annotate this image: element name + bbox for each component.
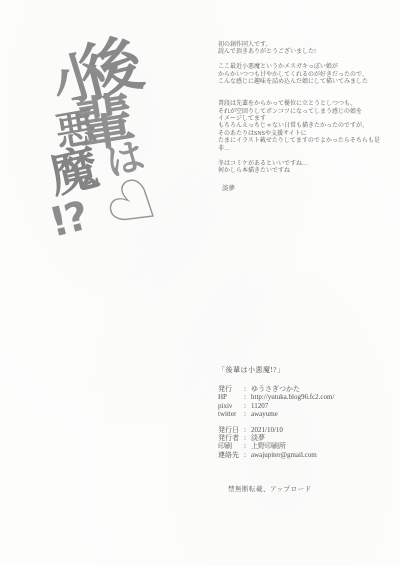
afterword-text: 初の創作同人です、 読んで頂きありがとうございました! ここ最近小悪魔というかメ… <box>218 42 390 175</box>
colophon-separator: : <box>244 402 251 410</box>
colophon-separator: : <box>244 385 251 393</box>
colophon-row-publish-date: 発行日 : 2021/10/10 <box>218 426 388 434</box>
colophon-separator: : <box>244 451 251 459</box>
printer-name: 上野印刷所 <box>251 442 286 450</box>
author-signature: 淡夢 <box>222 183 235 192</box>
colophon-label: 連絡先 <box>218 451 244 459</box>
colophon-row-homepage: HP : http://yutuka.blog96.fc2.com/ <box>218 393 388 401</box>
pixiv-id: 11207 <box>251 402 268 410</box>
colophon-value: ゆうさぎつかた <box>251 385 300 393</box>
colophon-row-contact: 連絡先 : awajupiter@gmail.com <box>218 451 388 459</box>
colophon-label: pixiv <box>218 402 244 410</box>
colophon-separator: : <box>244 393 251 401</box>
twitter-handle: awayume <box>251 410 278 418</box>
colophon-row-publisher-person: 発行者 : 淡夢 <box>218 434 388 442</box>
colophon-row-pixiv: pixiv : 11207 <box>218 402 388 410</box>
contact-email: awajupiter@gmail.com <box>251 451 317 459</box>
colophon-label: twitter <box>218 410 244 418</box>
colophon-label: HP <box>218 393 244 401</box>
colophon-label: 印刷 <box>218 442 244 450</box>
colophon-label: 発行 <box>218 385 244 393</box>
no-reproduction-notice: 禁無断転載、アップロード <box>228 484 312 493</box>
colophon-separator: : <box>244 410 251 418</box>
colophon-separator: : <box>244 434 251 442</box>
colophon-separator: : <box>244 426 251 434</box>
homepage-url: http://yutuka.blog96.fc2.com/ <box>251 393 334 401</box>
title-char-ma: 魔 <box>45 143 103 201</box>
title-interrobang: !? <box>46 196 90 243</box>
colophon-row-twitter: twitter : awayume <box>218 410 388 418</box>
colophon: 「後輩は小悪魔!?」 発行 : ゆうさぎつかた HP : http://yutu… <box>218 366 388 459</box>
publish-date: 2021/10/10 <box>251 426 283 434</box>
colophon-label: 発行日 <box>218 426 244 434</box>
colophon-separator: : <box>244 442 251 450</box>
colophon-gap <box>218 418 388 426</box>
colophon-row-printer: 印刷 : 上野印刷所 <box>218 442 388 450</box>
colophon-book-title: 「後輩は小悪魔!?」 <box>218 366 388 374</box>
colophon-row-publisher-circle: 発行 : ゆうさぎつかた <box>218 385 388 393</box>
doujinshi-afterword-page: 後 輩 は 小 悪 魔 !? ♡ 初の創作同人です、 読んで頂きありがとうござい… <box>0 0 400 565</box>
